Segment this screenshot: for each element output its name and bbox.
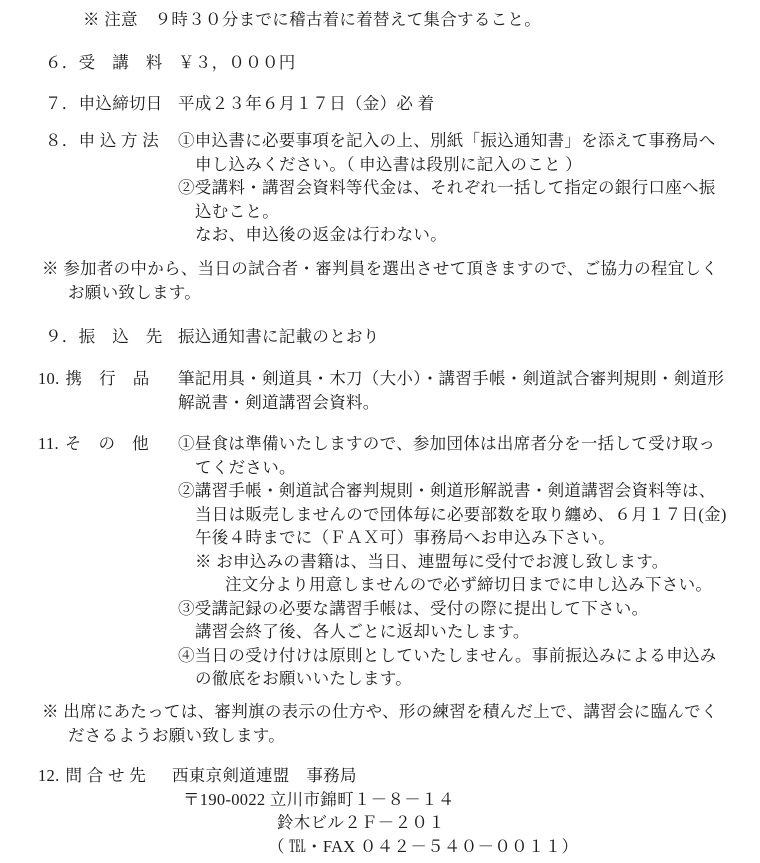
item-8-application: ８．申 込 方 法 ①申込書に必要事項を記入の上、別紙「振込通知書」を添えて事務…	[0, 129, 760, 247]
contact-org-line: 西東京剣道連盟 事務局	[172, 764, 760, 788]
item-content: 筆記用具・剣道具・木刀（大小）・講習手帳・剣道試合審判規則・剣道形 解説書・剣道…	[178, 367, 760, 414]
text-line: 平成２３年６月１７日（金）必 着	[178, 92, 760, 116]
text-line: ①申込書に必要事項を記入の上、別紙「振込通知書」を添えて事務局へ	[178, 129, 760, 153]
document-page: ※ 注意 ９時３０分までに稽古着に着替えて集合すること。 ６．受 講 料 ￥３，…	[0, 0, 760, 863]
text-line: お願い致します。	[68, 281, 760, 305]
item-label: 受 講 料	[79, 53, 163, 72]
item-head: 11.そ の 他	[38, 432, 149, 456]
item-content: 振込通知書に記載のとおり	[178, 325, 760, 349]
item-number: 12.	[38, 766, 60, 785]
text-line: ※ 参加者の中から、当日の試合者・審判員を選出させて頂きますので、ご協力の程宜し…	[42, 257, 760, 281]
item-head: ７．申込締切日	[45, 92, 163, 116]
text-line: 筆記用具・剣道具・木刀（大小）・講習手帳・剣道試合審判規則・剣道形	[178, 367, 760, 391]
note-attendance-preparation: ※ 出席にあたっては、審判旗の表示の仕方や、形の練習を積んだ上で、講習会に臨んで…	[0, 700, 760, 747]
item-label: 申 込 方 法	[79, 131, 159, 150]
text-line: の徹底をお願いいたします。	[178, 667, 760, 691]
text-line: ①昼食は準備いたしますので、参加団体は出席者分を一括して受け取っ	[178, 432, 760, 456]
contact-address-line: 〒190-0022 立川市錦町１－８－１４	[172, 788, 760, 812]
text-line: ②講習手帳・剣道試合審判規則・剣道形解説書・剣道講習会資料等は、	[178, 479, 760, 503]
item-11-others: 11.そ の 他 ①昼食は準備いたしますので、参加団体は出席者分を一括して受け取…	[0, 432, 760, 691]
item-number: 11.	[38, 434, 59, 453]
item-6-fee: ６．受 講 料 ￥３，０００円	[0, 51, 760, 75]
item-label: 問 合 せ 先	[66, 766, 146, 785]
text-line: ださるようお願い致します。	[68, 724, 760, 748]
item-10-belongings: 10.携 行 品 筆記用具・剣道具・木刀（大小）・講習手帳・剣道試合審判規則・剣…	[0, 367, 760, 414]
text-line: ③受講記録の必要な講習手帳は、受付の際に提出して下さい。	[178, 597, 760, 621]
item-number: ８．	[45, 131, 79, 150]
contact-building-line: 鈴木ビル２Ｆ－２０１	[172, 811, 760, 835]
item-number: ７．	[45, 94, 79, 113]
text-line: なお、申込後の返金は行わない。	[178, 223, 760, 247]
text-line: 注文分より用意しませんので必ず締切日までに申し込み下さい。	[178, 573, 760, 597]
item-label: 申込締切日	[79, 94, 163, 113]
item-label: そ の 他	[65, 434, 149, 453]
item-head: ９．振 込 先	[45, 325, 163, 349]
item-number: 10.	[38, 369, 60, 388]
item-content: ①昼食は準備いたしますので、参加団体は出席者分を一括して受け取っ てください。 …	[178, 432, 760, 691]
text-line: 解説書・剣道講習会資料。	[178, 391, 760, 415]
text-line: てください。	[178, 456, 760, 480]
text-line: ②受講料・講習会資料等代金は、それぞれ一括して指定の銀行口座へ振	[178, 176, 760, 200]
text-line: ※ 出席にあたっては、審判旗の表示の仕方や、形の練習を積んだ上で、講習会に臨んで…	[42, 700, 760, 724]
item-content: 平成２３年６月１７日（金）必 着	[178, 92, 760, 116]
text-line: 込むこと。	[178, 200, 760, 224]
item-content: 西東京剣道連盟 事務局 〒190-0022 立川市錦町１－８－１４ 鈴木ビル２Ｆ…	[172, 764, 760, 858]
item-head: 10.携 行 品	[38, 367, 150, 391]
text-line: 申し込みください。（ 申込書は段別に記入のこと ）	[178, 153, 760, 177]
note-participant-selection: ※ 参加者の中から、当日の試合者・審判員を選出させて頂きますので、ご協力の程宜し…	[0, 257, 760, 304]
text-line: 午後４時までに（ＦＡＸ可）事務局へお申込み下さい。	[178, 526, 760, 550]
item-label: 携 行 品	[66, 369, 150, 388]
item-9-bank: ９．振 込 先 振込通知書に記載のとおり	[0, 325, 760, 349]
text-line: 振込通知書に記載のとおり	[178, 325, 760, 349]
item-7-deadline: ７．申込締切日 平成２３年６月１７日（金）必 着	[0, 92, 760, 116]
item-number: ６．	[45, 53, 79, 72]
text-line: 当日は販売しませんので団体毎に必要部数を取り纏め、６月１７日(金)	[178, 503, 760, 527]
item-head: 12.問 合 せ 先	[38, 764, 146, 788]
notice-change-clothes: ※ 注意 ９時３０分までに稽古着に着替えて集合すること。	[83, 8, 541, 32]
text-line: 講習会終了後、各人ごとに返却いたします。	[178, 620, 760, 644]
item-12-contact: 12.問 合 せ 先 西東京剣道連盟 事務局 〒190-0022 立川市錦町１－…	[0, 764, 760, 858]
item-head: ８．申 込 方 法	[45, 129, 159, 153]
text-line: ※ お申込みの書籍は、当日、連盟毎に受付でお渡し致します。	[178, 550, 760, 574]
text-line: ￥３，０００円	[178, 51, 760, 75]
text-line: ④当日の受け付けは原則としていたしません。事前振込みによる申込み	[178, 644, 760, 668]
contact-phone-line: （ ℡・FAX ０４２－５４０－００１１）	[172, 835, 760, 859]
item-head: ６．受 講 料	[45, 51, 163, 75]
item-content: ①申込書に必要事項を記入の上、別紙「振込通知書」を添えて事務局へ 申し込みくださ…	[178, 129, 760, 247]
item-number: ９．	[45, 327, 79, 346]
item-content: ￥３，０００円	[178, 51, 760, 75]
item-label: 振 込 先	[79, 327, 163, 346]
